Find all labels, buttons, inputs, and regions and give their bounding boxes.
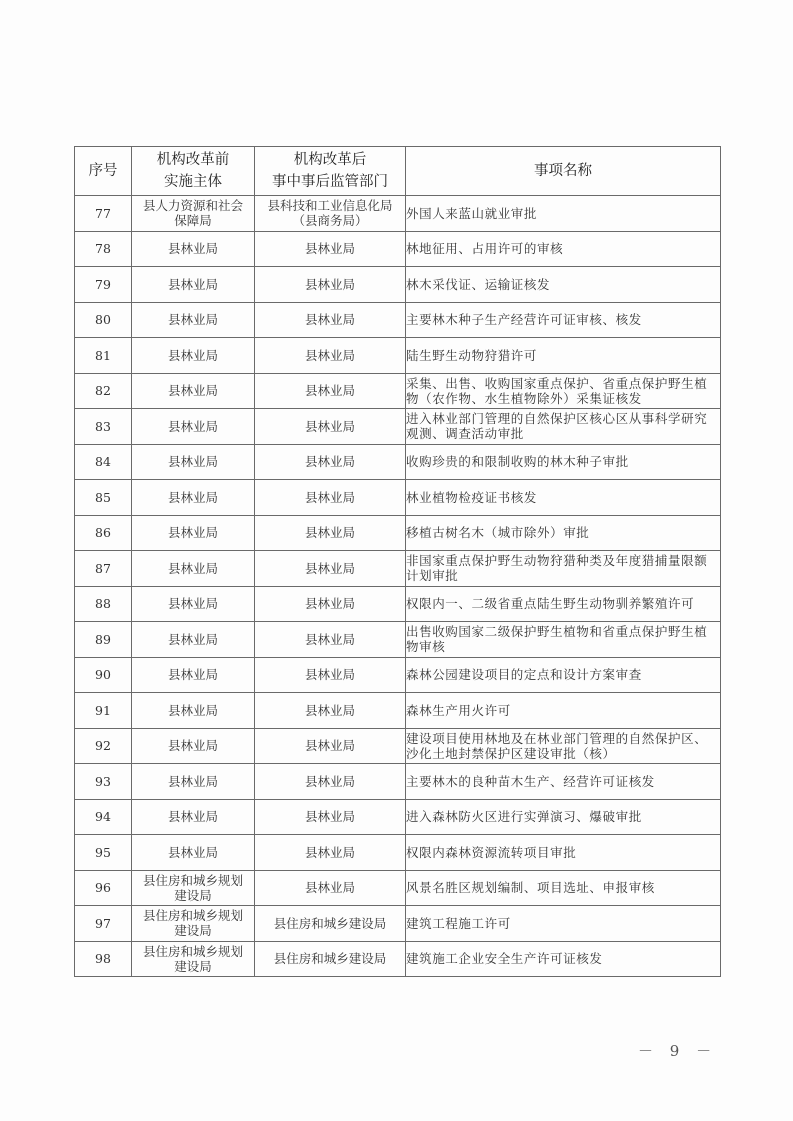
header-seq: 序号	[75, 147, 132, 196]
table-row: 78县林业局县林业局林地征用、占用许可的审核	[75, 231, 721, 267]
table-row: 86县林业局县林业局移植古树名木（城市除外）审批	[75, 515, 721, 551]
cell-after: 县林业局	[255, 799, 406, 835]
cell-seq: 79	[75, 267, 132, 303]
cell-after: 县林业局	[255, 764, 406, 800]
cell-after: 县林业局	[255, 480, 406, 516]
table-row: 91县林业局县林业局森林生产用火许可	[75, 693, 721, 729]
cell-item: 风景名胜区规划编制、项目选址、申报审核	[406, 870, 721, 906]
cell-seq: 87	[75, 551, 132, 587]
header-after-line1: 机构改革后	[255, 149, 405, 171]
table-row: 85县林业局县林业局林业植物检疫证书核发	[75, 480, 721, 516]
cell-item: 林木采伐证、运输证核发	[406, 267, 721, 303]
table-row: 98县住房和城乡规划建设局县住房和城乡建设局建筑施工企业安全生产许可证核发	[75, 941, 721, 977]
cell-after: 县林业局	[255, 870, 406, 906]
cell-after: 县林业局	[255, 302, 406, 338]
cell-seq: 91	[75, 693, 132, 729]
header-after: 机构改革后 事中事后监管部门	[255, 147, 406, 196]
cell-seq: 83	[75, 409, 132, 445]
cell-before: 县林业局	[132, 693, 255, 729]
cell-after: 县林业局	[255, 835, 406, 871]
cell-item: 移植古树名木（城市除外）审批	[406, 515, 721, 551]
header-before-line2: 实施主体	[132, 171, 254, 193]
cell-after: 县林业局	[255, 586, 406, 622]
cell-before: 县林业局	[132, 799, 255, 835]
cell-after: 县林业局	[255, 444, 406, 480]
cell-seq: 92	[75, 728, 132, 764]
cell-before: 县住房和城乡规划建设局	[132, 906, 255, 942]
table-row: 81县林业局县林业局陆生野生动物狩猎许可	[75, 338, 721, 374]
cell-item: 权限内森林资源流转项目审批	[406, 835, 721, 871]
cell-before: 县林业局	[132, 586, 255, 622]
cell-item: 权限内一、二级省重点陆生野生动物驯养繁殖许可	[406, 586, 721, 622]
cell-before: 县林业局	[132, 551, 255, 587]
cell-item: 进入森林防火区进行实弹演习、爆破审批	[406, 799, 721, 835]
cell-seq: 89	[75, 622, 132, 658]
cell-after: 县科技和工业信息化局（县商务局）	[255, 196, 406, 232]
table-row: 93县林业局县林业局主要林木的良种苗木生产、经营许可证核发	[75, 764, 721, 800]
cell-seq: 94	[75, 799, 132, 835]
cell-item: 建筑施工企业安全生产许可证核发	[406, 941, 721, 977]
cell-item: 建筑工程施工许可	[406, 906, 721, 942]
table-row: 82县林业局县林业局采集、出售、收购国家重点保护、省重点保护野生植物（农作物、水…	[75, 373, 721, 409]
cell-item: 陆生野生动物狩猎许可	[406, 338, 721, 374]
cell-seq: 85	[75, 480, 132, 516]
table-row: 80县林业局县林业局主要林木种子生产经营许可证审核、核发	[75, 302, 721, 338]
cell-before: 县林业局	[132, 657, 255, 693]
table-row: 88县林业局县林业局权限内一、二级省重点陆生野生动物驯养繁殖许可	[75, 586, 721, 622]
cell-after: 县林业局	[255, 515, 406, 551]
cell-before: 县林业局	[132, 622, 255, 658]
table-row: 96县住房和城乡规划建设局县林业局风景名胜区规划编制、项目选址、申报审核	[75, 870, 721, 906]
header-after-line2: 事中事后监管部门	[255, 171, 405, 193]
cell-item: 主要林木的良种苗木生产、经营许可证核发	[406, 764, 721, 800]
cell-seq: 77	[75, 196, 132, 232]
cell-before: 县林业局	[132, 267, 255, 303]
table-row: 87县林业局县林业局非国家重点保护野生动物狩猎种类及年度猎捕量限额计划审批	[75, 551, 721, 587]
cell-item: 收购珍贵的和限制收购的林木种子审批	[406, 444, 721, 480]
table-row: 90县林业局县林业局森林公园建设项目的定点和设计方案审查	[75, 657, 721, 693]
table-row: 95县林业局县林业局权限内森林资源流转项目审批	[75, 835, 721, 871]
table-row: 92县林业局县林业局建设项目使用林地及在林业部门管理的自然保护区、沙化土地封禁保…	[75, 728, 721, 764]
table-row: 94县林业局县林业局进入森林防火区进行实弹演习、爆破审批	[75, 799, 721, 835]
cell-seq: 95	[75, 835, 132, 871]
cell-after: 县林业局	[255, 728, 406, 764]
table-header-row: 序号 机构改革前 实施主体 机构改革后 事中事后监管部门 事项名称	[75, 147, 721, 196]
document-page: 序号 机构改革前 实施主体 机构改革后 事中事后监管部门 事项名称 77县人力资…	[0, 0, 793, 1121]
cell-after: 县林业局	[255, 657, 406, 693]
cell-seq: 90	[75, 657, 132, 693]
cell-seq: 84	[75, 444, 132, 480]
cell-seq: 81	[75, 338, 132, 374]
cell-before: 县林业局	[132, 728, 255, 764]
cell-seq: 82	[75, 373, 132, 409]
cell-before: 县住房和城乡规划建设局	[132, 870, 255, 906]
header-before: 机构改革前 实施主体	[132, 147, 255, 196]
cell-item: 外国人来蓝山就业审批	[406, 196, 721, 232]
header-item: 事项名称	[406, 147, 721, 196]
table-row: 77县人力资源和社会保障局县科技和工业信息化局（县商务局）外国人来蓝山就业审批	[75, 196, 721, 232]
table-row: 79县林业局县林业局林木采伐证、运输证核发	[75, 267, 721, 303]
cell-seq: 93	[75, 764, 132, 800]
cell-before: 县林业局	[132, 302, 255, 338]
header-before-line1: 机构改革前	[132, 149, 254, 171]
cell-before: 县林业局	[132, 231, 255, 267]
cell-item: 林地征用、占用许可的审核	[406, 231, 721, 267]
cell-after: 县林业局	[255, 622, 406, 658]
table-row: 84县林业局县林业局收购珍贵的和限制收购的林木种子审批	[75, 444, 721, 480]
cell-before: 县林业局	[132, 338, 255, 374]
items-table: 序号 机构改革前 实施主体 机构改革后 事中事后监管部门 事项名称 77县人力资…	[74, 146, 721, 977]
cell-item: 森林生产用火许可	[406, 693, 721, 729]
cell-after: 县林业局	[255, 267, 406, 303]
cell-seq: 80	[75, 302, 132, 338]
cell-item: 进入林业部门管理的自然保护区核心区从事科学研究观测、调查活动审批	[406, 409, 721, 445]
cell-seq: 86	[75, 515, 132, 551]
cell-item: 森林公园建设项目的定点和设计方案审查	[406, 657, 721, 693]
cell-before: 县人力资源和社会保障局	[132, 196, 255, 232]
cell-item: 出售收购国家二级保护野生植物和省重点保护野生植物审核	[406, 622, 721, 658]
cell-after: 县林业局	[255, 231, 406, 267]
cell-seq: 96	[75, 870, 132, 906]
cell-seq: 98	[75, 941, 132, 977]
cell-item: 主要林木种子生产经营许可证审核、核发	[406, 302, 721, 338]
cell-after: 县住房和城乡建设局	[255, 941, 406, 977]
cell-item: 林业植物检疫证书核发	[406, 480, 721, 516]
page-number: － 9 －	[638, 1040, 717, 1061]
cell-seq: 88	[75, 586, 132, 622]
cell-before: 县林业局	[132, 444, 255, 480]
cell-after: 县林业局	[255, 338, 406, 374]
cell-before: 县林业局	[132, 835, 255, 871]
table-row: 97县住房和城乡规划建设局县住房和城乡建设局建筑工程施工许可	[75, 906, 721, 942]
cell-before: 县林业局	[132, 373, 255, 409]
cell-after: 县林业局	[255, 373, 406, 409]
cell-before: 县林业局	[132, 409, 255, 445]
cell-item: 采集、出售、收购国家重点保护、省重点保护野生植物（农作物、水生植物除外）采集证核…	[406, 373, 721, 409]
cell-after: 县林业局	[255, 551, 406, 587]
cell-after: 县林业局	[255, 693, 406, 729]
cell-before: 县住房和城乡规划建设局	[132, 941, 255, 977]
cell-item: 非国家重点保护野生动物狩猎种类及年度猎捕量限额计划审批	[406, 551, 721, 587]
cell-after: 县林业局	[255, 409, 406, 445]
table-row: 89县林业局县林业局出售收购国家二级保护野生植物和省重点保护野生植物审核	[75, 622, 721, 658]
table-row: 83县林业局县林业局进入林业部门管理的自然保护区核心区从事科学研究观测、调查活动…	[75, 409, 721, 445]
cell-seq: 78	[75, 231, 132, 267]
cell-seq: 97	[75, 906, 132, 942]
cell-before: 县林业局	[132, 764, 255, 800]
cell-before: 县林业局	[132, 515, 255, 551]
cell-after: 县住房和城乡建设局	[255, 906, 406, 942]
cell-before: 县林业局	[132, 480, 255, 516]
cell-item: 建设项目使用林地及在林业部门管理的自然保护区、沙化土地封禁保护区建设审批（核）	[406, 728, 721, 764]
